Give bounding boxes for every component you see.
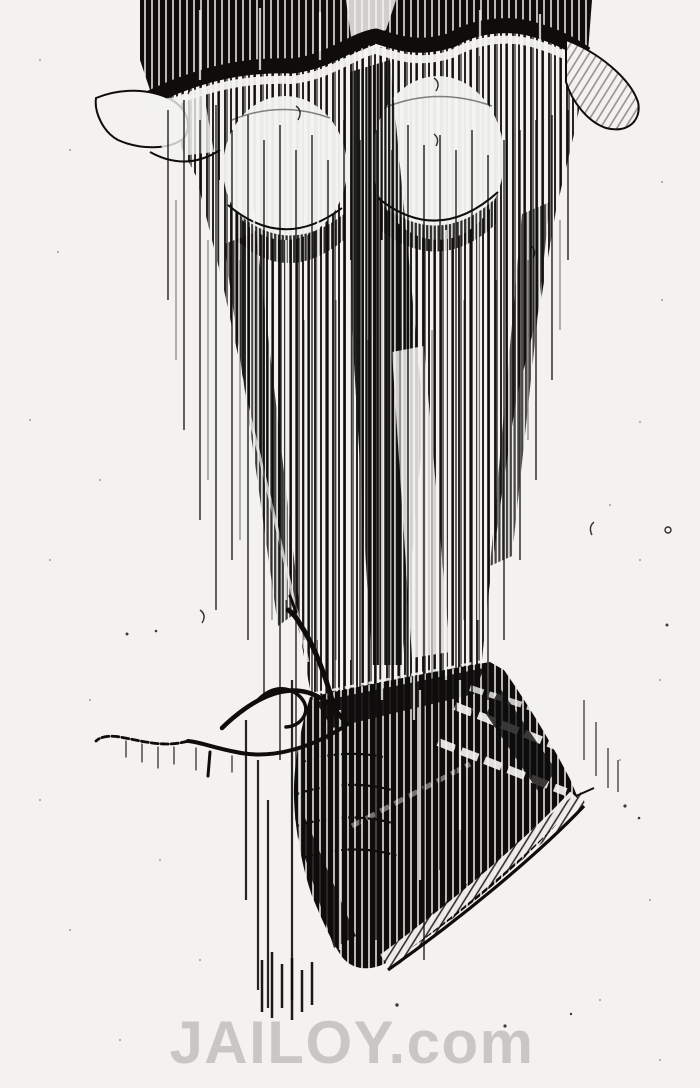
lace-aglet	[208, 752, 210, 776]
manga-illustration: JAILOY.com	[0, 0, 700, 1088]
screenshot-canvas: JAILOY.com	[0, 0, 700, 1088]
watermark-text: JAILOY.com	[169, 1009, 534, 1076]
